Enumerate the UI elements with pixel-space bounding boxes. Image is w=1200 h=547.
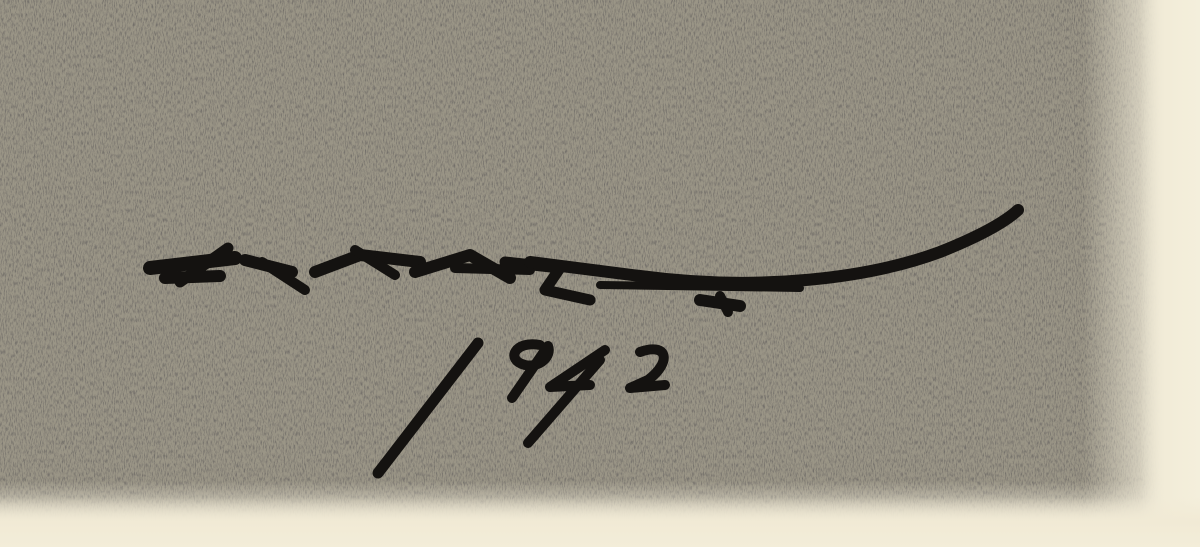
cream-margin-bottom — [0, 497, 1200, 547]
textured-paper — [0, 0, 1200, 547]
signature-photo — [0, 0, 1200, 547]
cream-margin-right — [1140, 0, 1200, 547]
